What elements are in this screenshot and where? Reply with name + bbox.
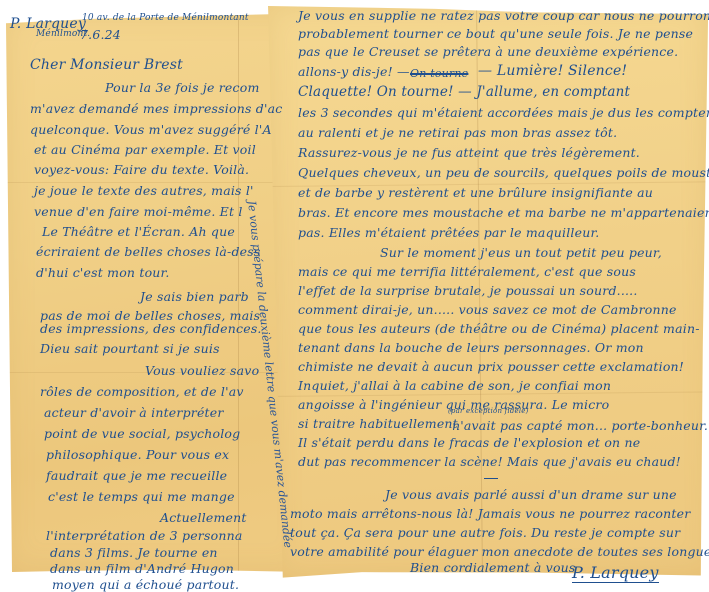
body-line: n'avait pas capté mon... porte-bonheur. bbox=[452, 420, 708, 433]
body-line: tout ça. Ça sera pour une autre fois. Du… bbox=[290, 527, 680, 540]
body-line: c'est le temps qui me mange bbox=[48, 491, 235, 504]
body-line: et au Cinéma par exemple. Et voil bbox=[34, 144, 256, 157]
body-line: faudrait que je me recueille bbox=[46, 470, 227, 483]
body-line: les 3 secondes qui m'étaient accordées m… bbox=[298, 107, 709, 120]
body-line: quelconque. Vous m'avez suggéré l'A bbox=[30, 124, 272, 137]
body-line: Je vous avais parlé aussi d'un drame sur… bbox=[385, 489, 677, 502]
body-line: Je vous en supplie ne ratez pas votre co… bbox=[298, 10, 709, 23]
body-line: Quelques cheveux, un peu de sourcils, qu… bbox=[298, 167, 709, 180]
body-line: Pour la 3e fois je recom bbox=[105, 82, 260, 95]
body-line: venue d'en faire moi-même. Et l bbox=[34, 206, 243, 219]
body-line: mais ce qui me terrifia littéralement, c… bbox=[298, 266, 636, 279]
body-line: votre amabilité pour élaguer mon anecdot… bbox=[290, 546, 709, 559]
signature: P. Larquey bbox=[572, 565, 659, 583]
body-line: Inquiet, j'allai à la cabine de son, je … bbox=[298, 380, 611, 393]
body-line: pas que le Creuset se prêtera à une deux… bbox=[298, 46, 678, 59]
inserted-note: (par exception fidèle) bbox=[448, 408, 529, 415]
body-line: et de barbe y restèrent et une brûlure i… bbox=[298, 187, 653, 200]
body-line: allons-y dis-je! — bbox=[298, 66, 410, 79]
body-line: probablement tourner ce bout qu'une seul… bbox=[298, 28, 693, 41]
struck-text: On tourne bbox=[410, 68, 468, 79]
body-line: au ralenti et je ne retirai pas mon bras… bbox=[298, 127, 617, 140]
body-line: rôles de composition, et de l'av bbox=[40, 386, 244, 399]
body-line: acteur d'avoir à interpréter bbox=[44, 407, 224, 420]
body-line: point de vue social, psycholog bbox=[44, 428, 240, 441]
body-line: dut pas recommencer la scène! Mais que j… bbox=[298, 456, 681, 469]
body-line: l'effet de la surprise brutale, je pouss… bbox=[298, 285, 638, 298]
body-line: tenant dans la bouche de leurs personnag… bbox=[298, 342, 644, 355]
salutation: Cher Monsieur Brest bbox=[30, 58, 183, 72]
body-line: voyez-vous: Faire du texte. Voilà. bbox=[34, 164, 249, 177]
body-line: Claquette! On tourne! — J'allume, en com… bbox=[298, 86, 630, 100]
body-line: que tous les auteurs (de théâtre ou de C… bbox=[298, 323, 700, 336]
body-line: Vous vouliez savo bbox=[145, 365, 259, 378]
body-line: moyen qui a échoué partout. bbox=[52, 579, 239, 592]
body-line: des impressions, des confidences. bbox=[40, 323, 262, 336]
body-line: dans 3 films. Je tourne en bbox=[50, 547, 218, 560]
body-line: chimiste ne devait à aucun prix pousser … bbox=[298, 361, 684, 374]
section-divider bbox=[484, 478, 498, 479]
body-line: pas. Elles m'étaient prêtées par le maqu… bbox=[298, 227, 599, 240]
body-line: Sur le moment j'eus un tout petit peu pe… bbox=[380, 247, 662, 260]
body-line: Rassurez-vous je ne fus atteint que très… bbox=[298, 147, 640, 160]
body-line: — Lumière! Silence! bbox=[478, 64, 627, 78]
body-line: écriraient de belles choses là-dess bbox=[36, 246, 260, 259]
body-line: Je sais bien parb bbox=[140, 291, 249, 304]
body-line: dans un film d'André Hugon bbox=[50, 563, 234, 576]
body-line: Actuellement bbox=[160, 512, 247, 525]
body-line: Dieu sait pourtant si je suis bbox=[40, 343, 220, 356]
body-line: bras. Et encore mes moustache et ma barb… bbox=[298, 207, 709, 220]
date: 7.6.24 bbox=[80, 29, 121, 42]
body-line: moto mais arrêtons-nous là! Jamais vous … bbox=[290, 508, 690, 521]
body-line: philosophique. Pour vous ex bbox=[46, 449, 229, 462]
closing: Bien cordialement à vous bbox=[410, 562, 576, 575]
body-line: je joue le texte des autres, mais l' bbox=[34, 185, 254, 198]
body-line: Il s'était perdu dans le fracas de l'exp… bbox=[298, 437, 640, 450]
sender-address: 10 av. de la Porte de Ménilmontant bbox=[82, 14, 249, 23]
body-line: Le Théâtre et l'Écran. Ah que bbox=[42, 226, 235, 239]
body-line: l'interprétation de 3 personna bbox=[46, 530, 242, 543]
body-line: m'avez demandé mes impressions d'ac bbox=[30, 103, 282, 116]
body-line: comment dirai-je, un..... vous savez ce … bbox=[298, 304, 677, 317]
body-line: d'hui c'est mon tour. bbox=[36, 267, 170, 280]
body-line: si traitre habituellement bbox=[298, 418, 458, 431]
